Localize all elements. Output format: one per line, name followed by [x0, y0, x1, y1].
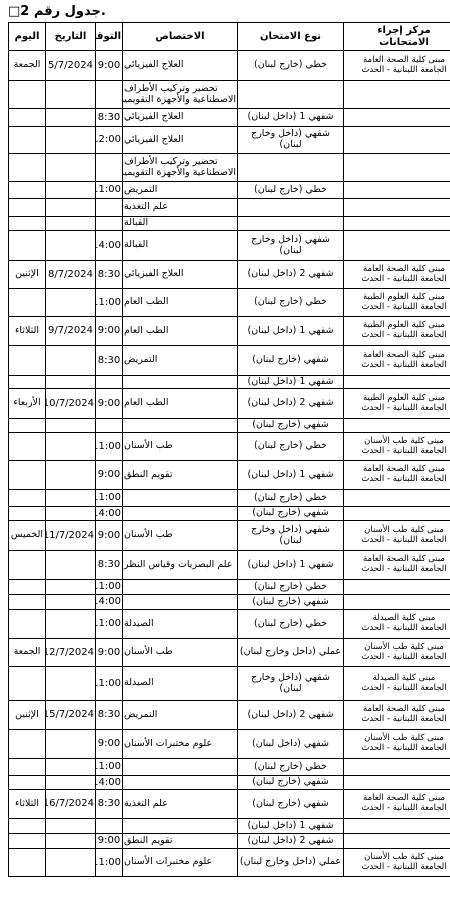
cell-center — [344, 834, 450, 849]
table-header-row: اليومالتاريخالتوقيتالاختصاصنوع الامتحانم… — [9, 23, 450, 51]
cell-time: 9:00 — [96, 521, 123, 551]
cell-time: 8:30 — [96, 790, 123, 819]
cell-date — [46, 217, 96, 231]
cell-date — [46, 433, 96, 461]
cell-date: 12/7/2024 — [46, 639, 96, 667]
cell-exam: خطي (خارج لبنان) — [238, 433, 344, 461]
table-row: 11:00خطي (خارج لبنان) — [9, 490, 450, 507]
table-row: 11:00التمريضخطي (خارج لبنان) — [9, 182, 450, 199]
cell-center: مبنى كلية العلوم الطبية الجامعة اللبناني… — [344, 317, 450, 346]
cell-exam: شفهي 1 (داخل لبنان) — [238, 109, 344, 127]
cell-exam: شفهي (خارج لبنان) — [238, 346, 344, 376]
table-row: 9:00علوم مختبرات الأسنانشفهي (داخل لبنان… — [9, 730, 450, 759]
cell-date: 5/7/2024 — [46, 51, 96, 81]
cell-time — [96, 376, 123, 389]
cell-exam — [238, 217, 344, 231]
cell-specialty: علوم مختبرات الأسنان — [123, 849, 238, 877]
cell-specialty: تحضير وتركيب الأطراف الاصطناعية والأجهزة… — [123, 81, 238, 109]
cell-specialty: الطب العام — [123, 389, 238, 419]
cell-exam: شفهي 2 (داخل لبنان) — [238, 261, 344, 289]
cell-center — [344, 507, 450, 521]
cell-time — [96, 419, 123, 433]
cell-day — [9, 289, 46, 317]
cell-date — [46, 819, 96, 834]
cell-time — [96, 81, 123, 109]
cell-center — [344, 231, 450, 261]
table-row: 11:00خطي (خارج لبنان) — [9, 759, 450, 776]
table-row: الإثنين15/7/20248:30التمريضشفهي 2 (داخل … — [9, 701, 450, 730]
cell-center — [344, 580, 450, 595]
cell-date: 15/7/2024 — [46, 701, 96, 730]
cell-exam — [238, 199, 344, 217]
cell-specialty: العلاج الفيزيائي — [123, 109, 238, 127]
cell-date: 10/7/2024 — [46, 389, 96, 419]
cell-date — [46, 667, 96, 701]
cell-exam: شفهي (داخل وخارج لبنان) — [238, 667, 344, 701]
cell-center: مبنى كلية الصيدلة الجامعة اللبنانية - ال… — [344, 610, 450, 639]
cell-day — [9, 231, 46, 261]
column-header-time: التوقيت — [96, 23, 123, 51]
cell-specialty: علم البصريات وقياس النظر — [123, 551, 238, 580]
cell-time: 9:00 — [96, 639, 123, 667]
cell-day — [9, 610, 46, 639]
cell-specialty: علوم مختبرات الأسنان — [123, 730, 238, 759]
table-row: الأربعاء10/7/20249:00الطب العامشفهي 2 (د… — [9, 389, 450, 419]
cell-day — [9, 154, 46, 182]
cell-day — [9, 551, 46, 580]
cell-time: 11:00 — [96, 610, 123, 639]
cell-center — [344, 199, 450, 217]
cell-exam: شفهي 1 (داخل لبنان) — [238, 461, 344, 490]
cell-center: مبنى كلية الصيدلة الجامعة اللبنانية - ال… — [344, 667, 450, 701]
cell-day — [9, 580, 46, 595]
table-row: 11:00خطي (خارج لبنان) — [9, 580, 450, 595]
cell-center: مبنى كلية الصحة العامة الجامعة اللبنانية… — [344, 461, 450, 490]
cell-center: مبنى كلية طب الأسنان الجامعة اللبنانية -… — [344, 433, 450, 461]
cell-time: 8:30 — [96, 701, 123, 730]
cell-exam: عملي (داخل وخارج لبنان) — [238, 849, 344, 877]
cell-exam: خطي (خارج لبنان) — [238, 51, 344, 81]
table-row: 11:00الصيدلةشفهي (داخل وخارج لبنان)مبنى … — [9, 667, 450, 701]
table-row: الخميس11/7/20249:00طب الأسنانشفهي (داخل … — [9, 521, 450, 551]
cell-specialty — [123, 376, 238, 389]
cell-exam: خطي (خارج لبنان) — [238, 610, 344, 639]
cell-specialty — [123, 759, 238, 776]
cell-specialty — [123, 776, 238, 790]
cell-specialty: الصيدلة — [123, 610, 238, 639]
table-row: شفهي (خارج لبنان) — [9, 419, 450, 433]
cell-specialty: التمريض — [123, 182, 238, 199]
cell-exam: خطي (خارج لبنان) — [238, 490, 344, 507]
cell-specialty: الطب العام — [123, 317, 238, 346]
cell-date — [46, 109, 96, 127]
cell-exam: شفهي (خارج لبنان) — [238, 419, 344, 433]
table-row: الثلاثاء16/7/20248:30علم التغذيةشفهي (خا… — [9, 790, 450, 819]
cell-date: 9/7/2024 — [46, 317, 96, 346]
cell-specialty — [123, 595, 238, 610]
cell-exam: شفهي 1 (داخل لبنان) — [238, 317, 344, 346]
cell-date — [46, 461, 96, 490]
cell-day — [9, 461, 46, 490]
cell-exam: شفهي (داخل وخارج لبنان) — [238, 521, 344, 551]
cell-day — [9, 127, 46, 154]
table-row: 14:00القبالةشفهي (داخل وخارج لبنان) — [9, 231, 450, 261]
cell-center — [344, 154, 450, 182]
cell-center — [344, 217, 450, 231]
cell-center: مبنى كلية العلوم الطبية الجامعة اللبناني… — [344, 289, 450, 317]
table-row: 11:00الصيدلةخطي (خارج لبنان)مبنى كلية ال… — [9, 610, 450, 639]
cell-time: 9:00 — [96, 317, 123, 346]
cell-date — [46, 154, 96, 182]
cell-time — [96, 154, 123, 182]
table-row: 9:00تقويم النطقشفهي 2 (داخل لبنان) — [9, 834, 450, 849]
cell-specialty: العلاج الفيزيائي — [123, 261, 238, 289]
cell-day — [9, 730, 46, 759]
cell-specialty: التمريض — [123, 346, 238, 376]
table-row: الإثنين8/7/20248:30العلاج الفيزيائيشفهي … — [9, 261, 450, 289]
table-row: 12:00العلاج الفيزيائيشفهي (داخل وخارج لب… — [9, 127, 450, 154]
cell-time: 14:00 — [96, 776, 123, 790]
cell-day — [9, 182, 46, 199]
cell-time: 11:00 — [96, 490, 123, 507]
table-row: الثلاثاء9/7/20249:00الطب العامشفهي 1 (دا… — [9, 317, 450, 346]
cell-date — [46, 376, 96, 389]
cell-date — [46, 507, 96, 521]
cell-exam: شفهي 1 (داخل لبنان) — [238, 551, 344, 580]
cell-day: الأربعاء — [9, 389, 46, 419]
cell-day: الإثنين — [9, 261, 46, 289]
table-row: شفهي 1 (داخل لبنان) — [9, 376, 450, 389]
cell-time: 14:00 — [96, 231, 123, 261]
cell-exam — [238, 81, 344, 109]
column-header-day: اليوم — [9, 23, 46, 51]
cell-specialty: القبالة — [123, 217, 238, 231]
cell-specialty: طب الأسنان — [123, 433, 238, 461]
cell-specialty: الصيدلة — [123, 667, 238, 701]
cell-date — [46, 346, 96, 376]
cell-date — [46, 231, 96, 261]
table-row: 11:00علوم مختبرات الأسنانعملي (داخل وخار… — [9, 849, 450, 877]
cell-exam: شفهي (خارج لبنان) — [238, 507, 344, 521]
column-header-date: التاريخ — [46, 23, 96, 51]
cell-day — [9, 433, 46, 461]
cell-day — [9, 109, 46, 127]
table-row: تحضير وتركيب الأطراف الاصطناعية والأجهزة… — [9, 81, 450, 109]
cell-date — [46, 81, 96, 109]
cell-center: مبنى كلية طب الأسنان الجامعة اللبنانية -… — [344, 521, 450, 551]
cell-exam: خطي (خارج لبنان) — [238, 759, 344, 776]
cell-time: 11:00 — [96, 289, 123, 317]
cell-specialty — [123, 507, 238, 521]
table-row: 8:30التمريضشفهي (خارج لبنان)مبنى كلية ال… — [9, 346, 450, 376]
table-row: 11:00طب الأسنانخطي (خارج لبنان)مبنى كلية… — [9, 433, 450, 461]
cell-day — [9, 346, 46, 376]
cell-exam: شفهي (داخل وخارج لبنان) — [238, 127, 344, 154]
cell-day — [9, 595, 46, 610]
cell-specialty — [123, 419, 238, 433]
cell-specialty: القبالة — [123, 231, 238, 261]
table-row: 14:00شفهي (خارج لبنان) — [9, 507, 450, 521]
cell-time: 8:30 — [96, 261, 123, 289]
cell-center — [344, 819, 450, 834]
cell-specialty: العلاج الفيزيائي — [123, 127, 238, 154]
cell-day: الجمعة — [9, 51, 46, 81]
cell-center: مبنى كلية طب الأسنان الجامعة اللبنانية -… — [344, 639, 450, 667]
cell-day — [9, 667, 46, 701]
cell-date — [46, 289, 96, 317]
cell-date: 11/7/2024 — [46, 521, 96, 551]
cell-day: الخميس — [9, 521, 46, 551]
cell-date — [46, 776, 96, 790]
cell-date — [46, 834, 96, 849]
cell-date — [46, 730, 96, 759]
cell-date — [46, 127, 96, 154]
cell-center: مبنى كلية الصحة العامة الجامعة اللبنانية… — [344, 346, 450, 376]
cell-center — [344, 759, 450, 776]
cell-time: 11:00 — [96, 580, 123, 595]
cell-time: 11:00 — [96, 667, 123, 701]
column-header-specialty: الاختصاص — [123, 23, 238, 51]
cell-center — [344, 595, 450, 610]
cell-exam: شفهي (خارج لبنان) — [238, 776, 344, 790]
cell-exam: شفهي (داخل وخارج لبنان) — [238, 231, 344, 261]
cell-time: 9:00 — [96, 389, 123, 419]
cell-specialty: علم التغذية — [123, 199, 238, 217]
cell-day — [9, 419, 46, 433]
cell-exam: شفهي (داخل لبنان) — [238, 730, 344, 759]
cell-day: الإثنين — [9, 701, 46, 730]
cell-time: 14:00 — [96, 595, 123, 610]
cell-specialty: طب الأسنان — [123, 639, 238, 667]
cell-center: مبنى كلية الصحة العامة الجامعة اللبنانية… — [344, 261, 450, 289]
cell-exam: خطي (خارج لبنان) — [238, 580, 344, 595]
cell-center — [344, 776, 450, 790]
cell-date — [46, 610, 96, 639]
cell-exam: شفهي 2 (داخل لبنان) — [238, 834, 344, 849]
cell-time: 8:30 — [96, 109, 123, 127]
cell-time: 11:00 — [96, 849, 123, 877]
column-header-exam: نوع الامتحان — [238, 23, 344, 51]
cell-specialty: العلاج الفيزيائي — [123, 51, 238, 81]
cell-time — [96, 217, 123, 231]
cell-exam: شفهي (خارج لبنان) — [238, 790, 344, 819]
cell-center: مبنى كلية الصحة العامة الجامعة اللبنانية… — [344, 51, 450, 81]
table-row: علم التغذية — [9, 199, 450, 217]
cell-exam: شفهي (خارج لبنان) — [238, 595, 344, 610]
cell-day — [9, 376, 46, 389]
cell-day — [9, 217, 46, 231]
cell-exam: شفهي 2 (داخل لبنان) — [238, 701, 344, 730]
cell-time: 8:30 — [96, 551, 123, 580]
cell-specialty: تقويم النطق — [123, 461, 238, 490]
cell-exam: عملي (داخل وخارج لبنان) — [238, 639, 344, 667]
cell-time: 9:00 — [96, 461, 123, 490]
cell-day — [9, 199, 46, 217]
cell-specialty: طب الأسنان — [123, 521, 238, 551]
cell-day — [9, 81, 46, 109]
cell-specialty: التمريض — [123, 701, 238, 730]
cell-specialty: تقويم النطق — [123, 834, 238, 849]
table-row: 11:00الطب العامخطي (خارج لبنان)مبنى كلية… — [9, 289, 450, 317]
cell-center: مبنى كلية الصحة العامة الجامعة اللبنانية… — [344, 551, 450, 580]
cell-day — [9, 819, 46, 834]
cell-day: الثلاثاء — [9, 790, 46, 819]
table-row: شفهي 1 (داخل لبنان) — [9, 819, 450, 834]
cell-exam: شفهي 1 (داخل لبنان) — [238, 819, 344, 834]
cell-exam: شفهي 1 (داخل لبنان) — [238, 376, 344, 389]
column-header-center: مركز إجراء الامتحانات — [344, 23, 450, 51]
cell-date — [46, 580, 96, 595]
cell-specialty: علم التغذية — [123, 790, 238, 819]
cell-day — [9, 759, 46, 776]
cell-center — [344, 490, 450, 507]
table-row: القبالة — [9, 217, 450, 231]
cell-time: 11:00 — [96, 182, 123, 199]
cell-date — [46, 595, 96, 610]
cell-exam: خطي (خارج لبنان) — [238, 289, 344, 317]
cell-date — [46, 419, 96, 433]
cell-center: مبنى كلية طب الأسنان الجامعة اللبنانية -… — [344, 849, 450, 877]
cell-exam: شفهي 2 (داخل لبنان) — [238, 389, 344, 419]
cell-center — [344, 81, 450, 109]
cell-center — [344, 109, 450, 127]
cell-date: 16/7/2024 — [46, 790, 96, 819]
table-row: 14:00شفهي (خارج لبنان) — [9, 776, 450, 790]
cell-date — [46, 490, 96, 507]
cell-center — [344, 127, 450, 154]
cell-date — [46, 199, 96, 217]
cell-center — [344, 376, 450, 389]
cell-specialty — [123, 580, 238, 595]
cell-time: 9:00 — [96, 834, 123, 849]
cell-specialty: الطب العام — [123, 289, 238, 317]
cell-specialty — [123, 819, 238, 834]
cell-time: 9:00 — [96, 51, 123, 81]
exam-schedule-table: اليومالتاريخالتوقيتالاختصاصنوع الامتحانم… — [8, 22, 450, 877]
cell-center — [344, 419, 450, 433]
cell-time — [96, 199, 123, 217]
cell-date — [46, 182, 96, 199]
cell-date — [46, 849, 96, 877]
cell-date — [46, 759, 96, 776]
cell-day — [9, 834, 46, 849]
cell-date — [46, 551, 96, 580]
cell-day — [9, 507, 46, 521]
cell-time: 14:00 — [96, 507, 123, 521]
cell-time: 12:00 — [96, 127, 123, 154]
table-row: الجمعة12/7/20249:00طب الأسنانعملي (داخل … — [9, 639, 450, 667]
cell-day — [9, 849, 46, 877]
cell-day — [9, 490, 46, 507]
document-page: .جدول رقم 2□ اليومالتاريخالتوقيتالاختصاص… — [0, 0, 450, 900]
cell-specialty — [123, 490, 238, 507]
cell-center: مبنى كلية العلوم الطبية الجامعة اللبناني… — [344, 389, 450, 419]
cell-day — [9, 776, 46, 790]
cell-exam — [238, 154, 344, 182]
table-row: 8:30علم البصريات وقياس النظرشفهي 1 (داخل… — [9, 551, 450, 580]
cell-time: 11:00 — [96, 433, 123, 461]
cell-day: الجمعة — [9, 639, 46, 667]
table-row: تحضير وتركيب الأطراف الاصطناعية والأجهزة… — [9, 154, 450, 182]
page-title: .جدول رقم 2□ — [8, 4, 450, 19]
cell-center: مبنى كلية طب الأسنان الجامعة اللبنانية -… — [344, 730, 450, 759]
cell-center: مبنى كلية الصحة العامة الجامعة اللبنانية… — [344, 790, 450, 819]
table-row: الجمعة5/7/20249:00العلاج الفيزيائيخطي (خ… — [9, 51, 450, 81]
cell-time — [96, 819, 123, 834]
cell-day: الثلاثاء — [9, 317, 46, 346]
cell-time: 8:30 — [96, 346, 123, 376]
cell-time: 11:00 — [96, 759, 123, 776]
cell-center — [344, 182, 450, 199]
table-row: 14:00شفهي (خارج لبنان) — [9, 595, 450, 610]
cell-time: 9:00 — [96, 730, 123, 759]
cell-specialty: تحضير وتركيب الأطراف الاصطناعية والأجهزة… — [123, 154, 238, 182]
cell-exam: خطي (خارج لبنان) — [238, 182, 344, 199]
cell-date: 8/7/2024 — [46, 261, 96, 289]
cell-center: مبنى كلية الصحة العامة الجامعة اللبنانية… — [344, 701, 450, 730]
table-row: 9:00تقويم النطقشفهي 1 (داخل لبنان)مبنى ك… — [9, 461, 450, 490]
table-row: 8:30العلاج الفيزيائيشفهي 1 (داخل لبنان) — [9, 109, 450, 127]
